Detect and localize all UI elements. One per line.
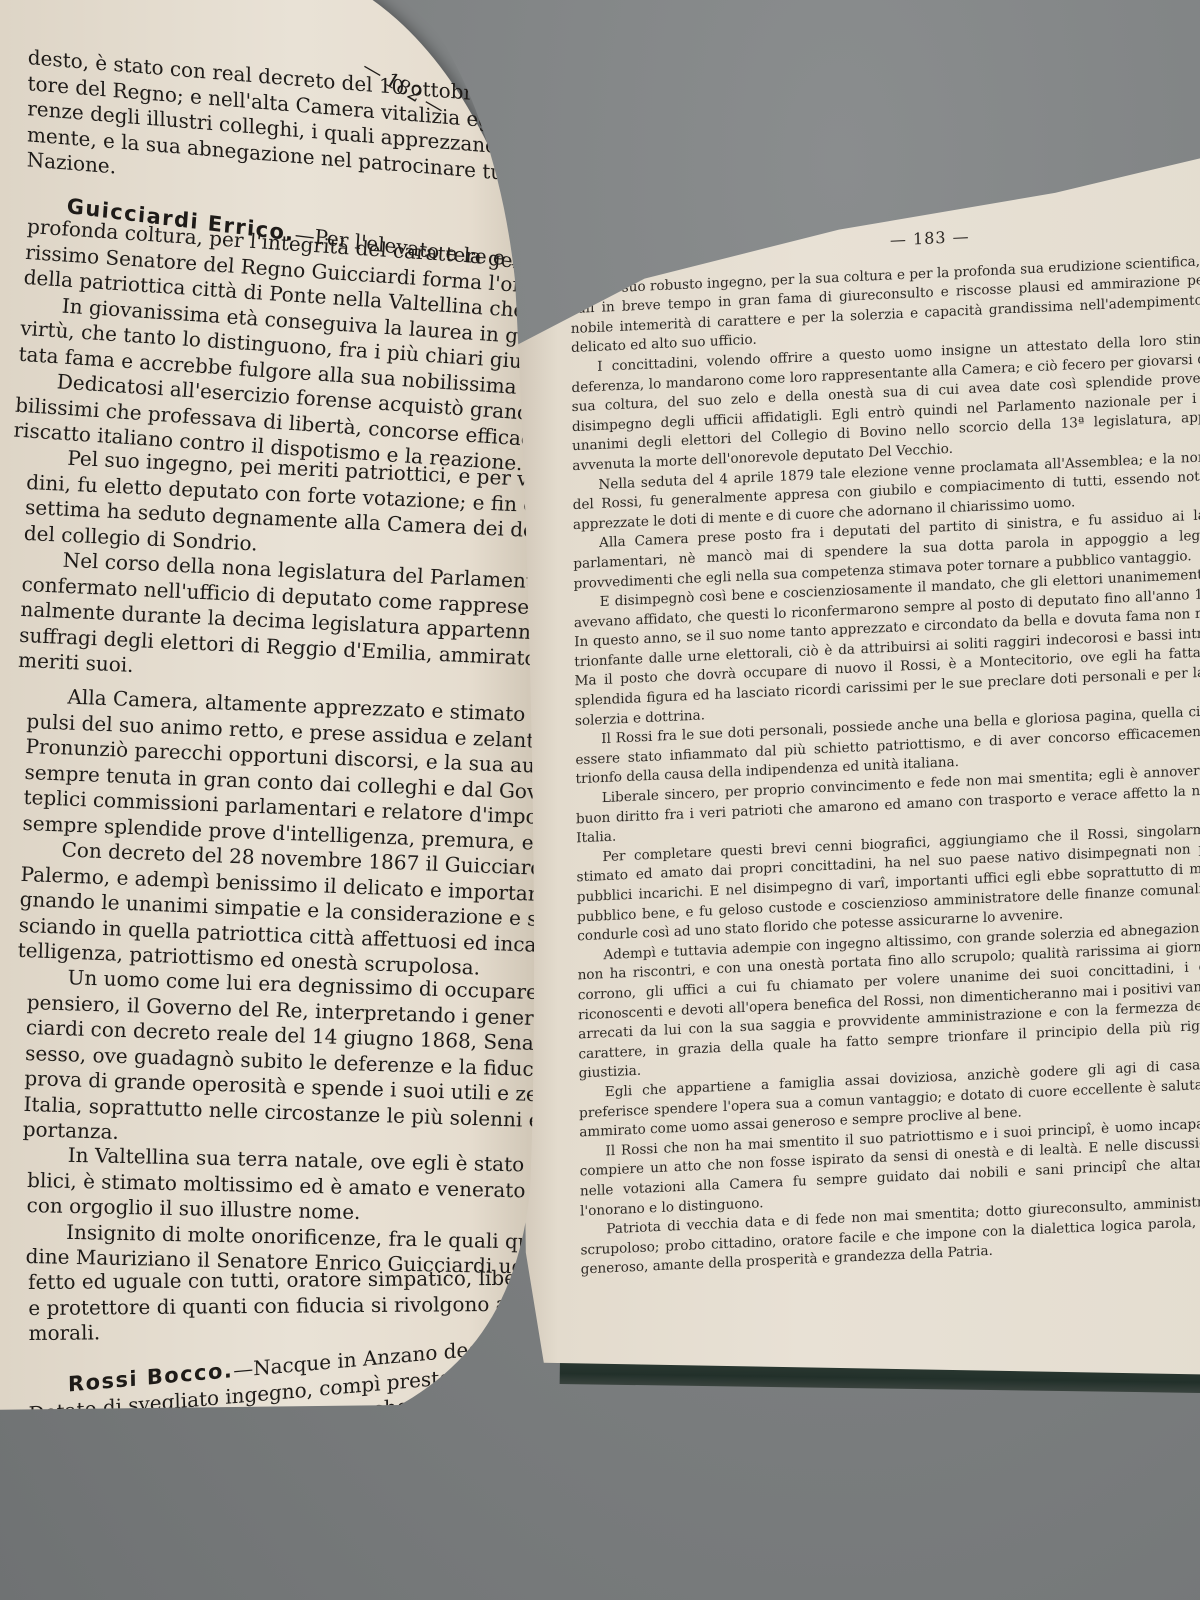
guicciardi-body: Alla Camera, altamente apprezzato e stim… xyxy=(17,683,587,985)
left-page-text: — 182 — desto, è stato con real decreto … xyxy=(28,45,588,1478)
guicciardi-body: Un uomo come lui era degnissimo di occup… xyxy=(22,964,587,1160)
right-page: — 183 — Pel suo robusto ingegno, per la … xyxy=(515,150,1200,1375)
guicciardi-body: In Valtellina sua terra natale, ove egli… xyxy=(25,1142,588,1281)
left-page: — 182 — desto, è stato con real decreto … xyxy=(0,0,555,1410)
guicciardi-body: profonda coltura, per l'integrità del ca… xyxy=(13,214,587,480)
right-page-text: — 183 — Pel suo robusto ingegno, per la … xyxy=(570,215,1200,1280)
paragraph: Adempì e tuttavia adempie con ingegno al… xyxy=(577,917,1200,1084)
guicciardi-body: Pel suo ingegno, pei meriti patriottici,… xyxy=(18,444,588,699)
text-line: fetto ed uguale con tutti, oratore simpa… xyxy=(28,1265,588,1295)
